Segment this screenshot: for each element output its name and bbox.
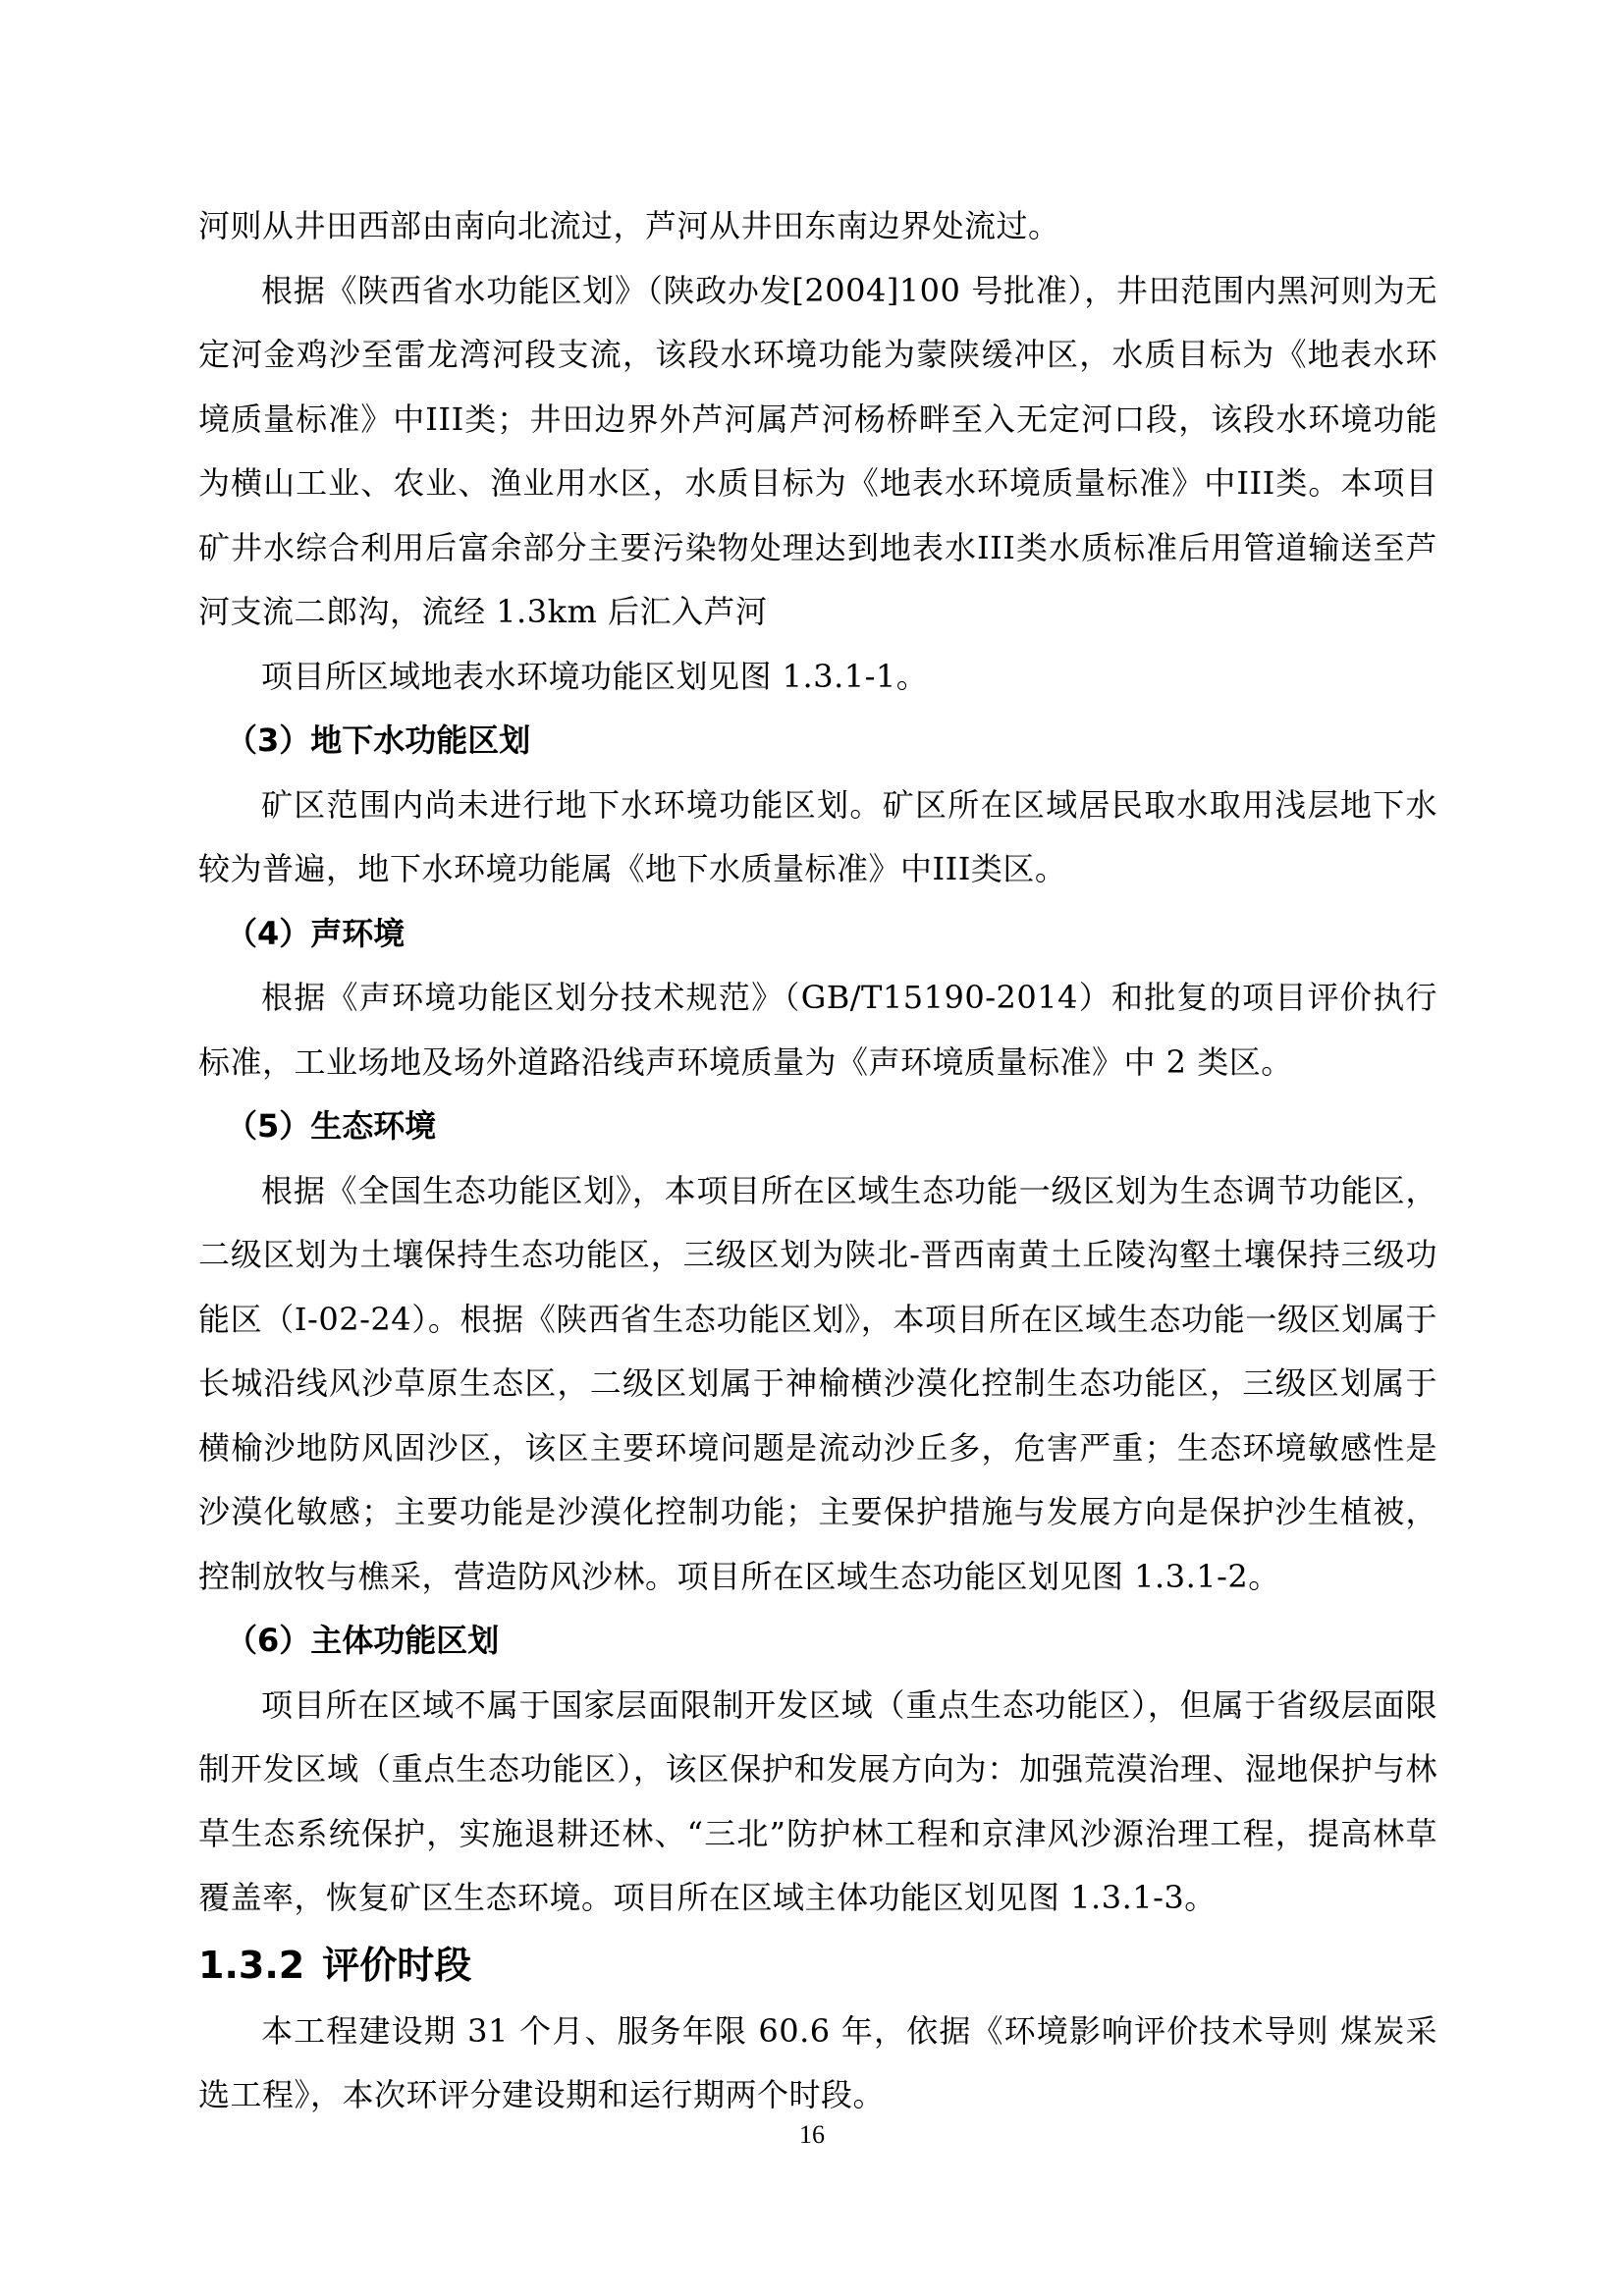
paragraph-assessment-period: 本工程建设期 31 个月、服务年限 60.6 年，依据《环境影响评价技术导则 煤… [198, 2000, 1437, 2128]
paragraph-main-function-zoning: 项目所在区域不属于国家层面限制开发区域（重点生态功能区），但属于省级层面限制开发… [198, 1674, 1437, 1931]
subsection-heading-groundwater: （3）地下水功能区划 [198, 709, 1437, 774]
document-page: 河则从井田西部由南向北流过，芦河从井田东南边界处流过。 根据《陕西省水功能区划》… [198, 194, 1437, 2128]
subsection-heading-main-function-zoning: （6）主体功能区划 [198, 1609, 1437, 1674]
section-number: 1.3.2 [198, 1944, 304, 1987]
section-title: 评价时段 [322, 1944, 471, 1987]
paragraph-ecology: 根据《全国生态功能区划》，本项目所在区域生态功能一级区划为生态调节功能区，二级区… [198, 1159, 1437, 1610]
paragraph-acoustic: 根据《声环境功能区划分技术规范》（GB/T15190-2014）和批复的项目评价… [198, 966, 1437, 1095]
paragraph-river-flow: 河则从井田西部由南向北流过，芦河从井田东南边界处流过。 [198, 194, 1437, 259]
page-number: 16 [0, 2120, 1624, 2150]
subsection-heading-ecology: （5）生态环境 [198, 1095, 1437, 1159]
paragraph-figure-reference-1: 项目所区域地表水环境功能区划见图 1.3.1-1。 [198, 645, 1437, 710]
subsection-heading-acoustic: （4）声环境 [198, 902, 1437, 967]
paragraph-water-function-zoning: 根据《陕西省水功能区划》（陕政办发[2004]100 号批准），井田范围内黑河则… [198, 259, 1437, 645]
paragraph-groundwater: 矿区范围内尚未进行地下水环境功能区划。矿区所在区域居民取水取用浅层地下水较为普遍… [198, 774, 1437, 902]
section-heading-assessment-period: 1.3.2评价时段 [198, 1931, 1437, 2000]
